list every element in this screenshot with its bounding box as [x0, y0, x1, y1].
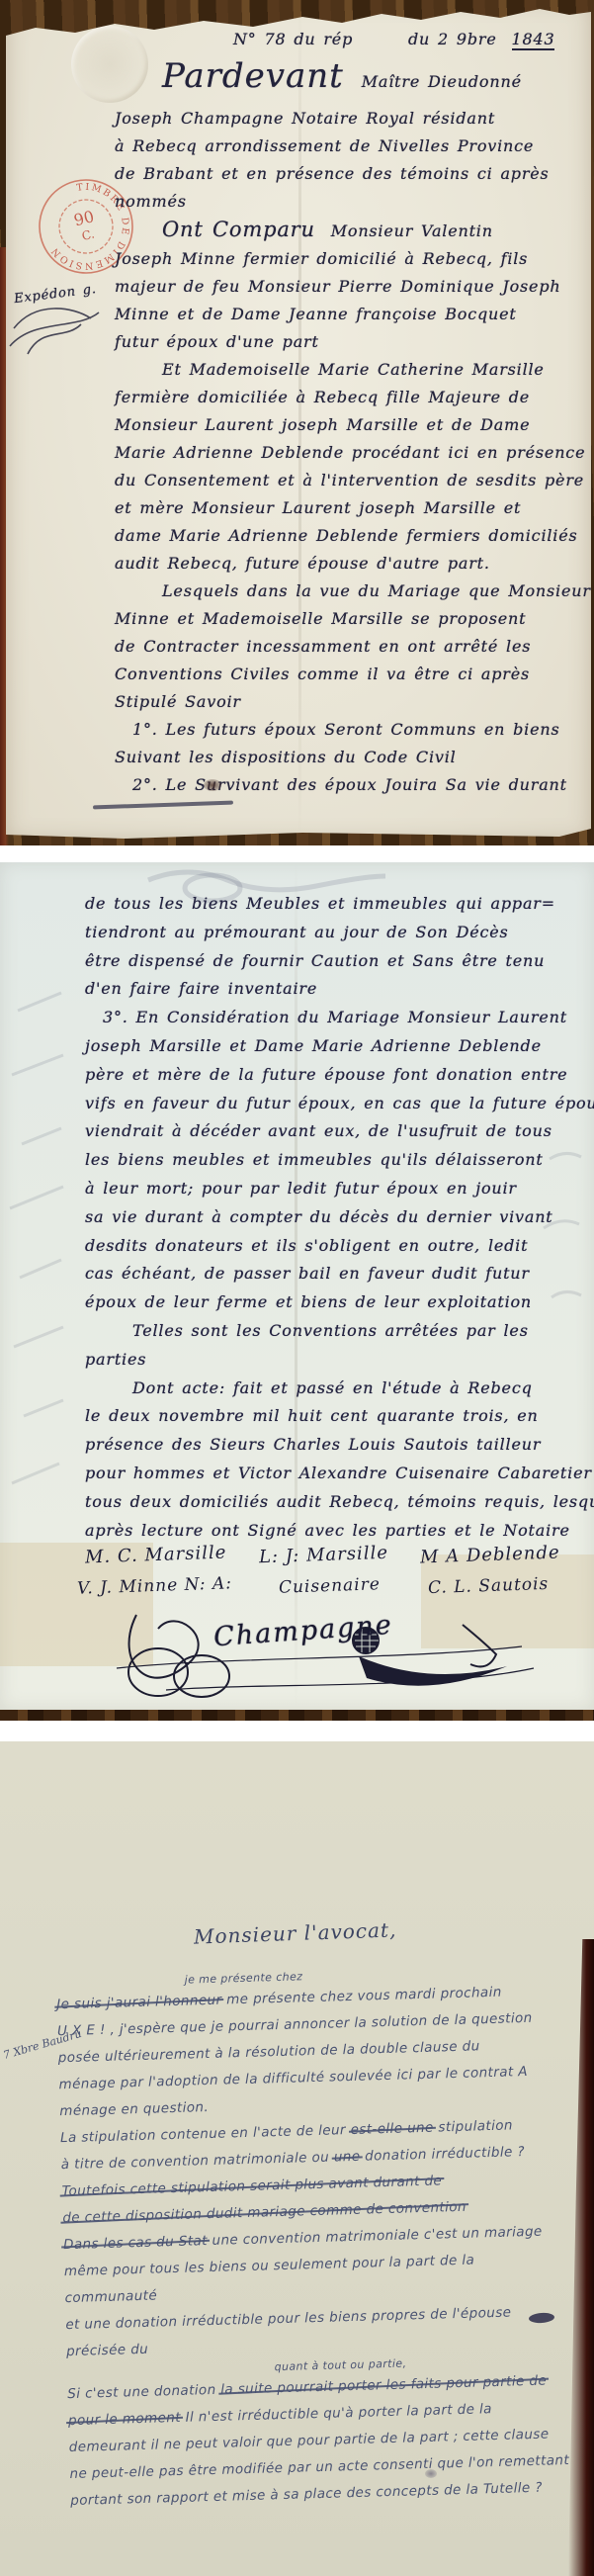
line-text: audit Rebecq, future épouse d'autre part… [115, 554, 490, 573]
struck-text: est-elle une [350, 2120, 434, 2138]
line-text: desdits donateurs et ils s'obligent en o… [85, 1236, 528, 1255]
handwritten-line: 1°. Les futurs époux Seront Communs en b… [115, 716, 589, 744]
handwritten-line: fermière domiciliée à Rebecq fille Majeu… [115, 384, 589, 411]
line-text: même pour tous les biens ou seulement po… [64, 2253, 475, 2307]
line-text: parties [85, 1350, 146, 1369]
handwritten-line: vifs en faveur du futur époux, en cas qu… [85, 1090, 590, 1118]
handwritten-line: tous deux domiciliés audit Rebecq, témoi… [85, 1488, 590, 1517]
line-lead-word: Pardevant [162, 56, 344, 96]
line-text: Lesquels dans la vue du Mariage que Mons… [162, 581, 591, 600]
handwritten-line: de Contracter incessamment en ont arrêté… [115, 633, 589, 661]
struck-text: Je suis j'aurai l'honneur [56, 1993, 222, 2013]
line-text: cas échéant, de passer bail en faveur du… [85, 1264, 530, 1283]
handwritten-line: tiendront au prémourant au jour de Son D… [85, 919, 590, 947]
line-text: dame Marie Adrienne Deblende fermiers do… [115, 526, 577, 545]
handwritten-line: à Rebecq arrondissement de Nivelles Prov… [115, 133, 589, 160]
draft-text-block: je me présente chez Je suis j'aurai l'ho… [55, 1962, 575, 2515]
line-text: tiendront au prémourant au jour de Son D… [85, 923, 509, 941]
handwritten-line: Pardevant Maître Dieudonné [115, 53, 589, 105]
ink-smudge [204, 779, 221, 791]
line-text: d'en faire faire inventaire [85, 979, 317, 998]
line-text: du Consentement et à l'intervention de s… [115, 471, 584, 489]
line-text: Si c'est une donation [67, 2382, 216, 2402]
line-text: être dispensé de fournir Caution et Sans… [85, 951, 545, 970]
line-text: à leur mort; pour par ledit futur époux … [85, 1179, 517, 1198]
margin-paraph-flourish [8, 297, 107, 358]
handwritten-line: Telles sont les Conventions arrêtées par… [85, 1317, 590, 1346]
line-text: Marie Adrienne Deblende procédant ici en… [115, 443, 585, 462]
line-text: le deux novembre mil huit cent quarante … [85, 1406, 539, 1425]
line-text: N° 78 du rép [233, 30, 353, 48]
handwritten-line: majeur de feu Monsieur Pierre Dominique … [115, 273, 589, 301]
handwritten-line: Et Mademoiselle Marie Catherine Marsille [115, 356, 589, 384]
struck-text: la suite pourrait porter les faits pour … [220, 2373, 547, 2398]
line-text: Monsieur Laurent joseph Marsille et de D… [115, 415, 530, 434]
handwritten-line: père et mère de la future épouse font do… [85, 1061, 590, 1090]
line-text: je me présente chez [184, 1970, 302, 1986]
handwritten-line: dame Marie Adrienne Deblende fermiers do… [115, 522, 589, 550]
line-text: après lecture ont Signé avec les parties… [85, 1521, 570, 1540]
line-text: de Contracter incessamment en ont arrêté… [115, 637, 531, 656]
handwritten-line: Suivant les dispositions du Code Civil [115, 744, 589, 771]
handwritten-line: après lecture ont Signé avec les parties… [85, 1517, 590, 1546]
line-text: de Brabant et en présence des témoins ci… [115, 164, 550, 183]
handwritten-line: présence des Sieurs Charles Louis Sautoi… [85, 1431, 590, 1460]
handwritten-line: 2°. Le Survivant des époux Jouira Sa vie… [115, 771, 589, 799]
underlined-text: 1843 [512, 30, 555, 50]
handwritten-line: à leur mort; pour par ledit futur époux … [85, 1175, 590, 1203]
line-text: La stipulation contenue en l'acte de leu… [60, 2122, 346, 2146]
handwritten-line: Stipulé Savoir [115, 688, 589, 716]
line-text: donation irréductible ? [365, 2144, 525, 2165]
struck-text: une [334, 2149, 361, 2166]
line-text: Maître Dieudonné [362, 72, 522, 91]
struck-text: Dans les cas du Stat [63, 2233, 208, 2253]
line-text: majeur de feu Monsieur Pierre Dominique … [115, 277, 560, 296]
deed-text-block-1: N° 78 du rép du 2 9bre 1843 Pardevant Ma… [115, 26, 589, 799]
handwritten-line: cas échéant, de passer bail en faveur du… [85, 1260, 590, 1288]
line-text: joseph Marsille et Dame Marie Adrienne D… [85, 1036, 542, 1055]
line-text: tous deux domiciliés audit Rebecq, témoi… [85, 1492, 594, 1511]
line-text: Telles sont les Conventions arrêtées par… [132, 1321, 529, 1340]
deed-paper-page-1: TIMBRE DE DIMENSION 90 C. Expédon g. N° … [6, 0, 591, 841]
wood-table-strip [0, 1710, 594, 1721]
stray-pen-stroke [93, 801, 233, 810]
scanned-documents-composite: TIMBRE DE DIMENSION 90 C. Expédon g. N° … [0, 0, 594, 2576]
handwritten-line: de tous les biens Meubles et immeubles q… [85, 890, 590, 919]
handwritten-line: les biens meubles et immeubles qu'ils dé… [85, 1146, 590, 1175]
handwritten-line: N° 78 du rép du 2 9bre 1843 [115, 26, 589, 53]
line-text: 1°. Les futurs époux Seront Communs en b… [132, 720, 559, 739]
handwritten-line: futur époux d'une part [115, 328, 589, 356]
handwritten-line: pour hommes et Victor Alexandre Cuisenai… [85, 1460, 590, 1488]
handwritten-line: Joseph Minne fermier domicilié à Rebecq,… [115, 245, 589, 273]
handwritten-line: Monsieur Laurent joseph Marsille et de D… [115, 411, 589, 439]
party-signature: C. L. Sautois [427, 1574, 549, 1598]
line-text: pour hommes et Victor Alexandre Cuisenai… [85, 1464, 592, 1482]
handwritten-line: le deux novembre mil huit cent quarante … [85, 1402, 590, 1431]
handwritten-line: nommés [115, 188, 589, 216]
handwritten-line: Minne et de Dame Jeanne françoise Bocque… [115, 301, 589, 328]
line-lead-word: Ont Comparu [162, 218, 315, 241]
line-text: Stipulé Savoir [115, 692, 241, 711]
handwritten-line: audit Rebecq, future épouse d'autre part… [115, 550, 589, 577]
deed-paper-page-2: de tous les biens Meubles et immeubles q… [0, 862, 594, 1710]
line-text: fermière domiciliée à Rebecq fille Majeu… [115, 388, 530, 406]
letter-salutation: Monsieur l'avocat, [194, 1917, 397, 1948]
handwritten-line: Ont Comparu Monsieur Valentin [115, 216, 589, 245]
line-text: de tous les biens Meubles et immeubles q… [85, 894, 555, 913]
photo-deed-page-2: de tous les biens Meubles et immeubles q… [0, 862, 594, 1721]
line-text: Suivant les dispositions du Code Civil [115, 748, 457, 766]
party-signature: Cuisenaire [279, 1574, 382, 1598]
handwritten-line: joseph Marsille et Dame Marie Adrienne D… [85, 1032, 590, 1061]
line-text: sa vie durant à compter du décès du dern… [85, 1207, 553, 1226]
line-text: présence des Sieurs Charles Louis Sautoi… [85, 1435, 541, 1454]
handwritten-line: Conventions Civiles comme il va être ci … [115, 661, 589, 688]
line-text: 2°. Le Survivant des époux Jouira Sa vie… [132, 775, 567, 794]
line-text: Minne et de Dame Jeanne françoise Bocque… [115, 305, 517, 323]
line-text: Joseph Minne fermier domicilié à Rebecq,… [115, 249, 528, 268]
party-signature: M A Deblende [420, 1543, 560, 1568]
handwritten-line: viendrait à décéder avant eux, de l'usuf… [85, 1117, 590, 1146]
party-signature: V. J. Minne N: A: [77, 1573, 233, 1598]
handwritten-line: 3°. En Considération du Mariage Monsieur… [85, 1004, 590, 1032]
line-text: viendrait à décéder avant eux, de l'usuf… [85, 1121, 552, 1140]
handwritten-line: desdits donateurs et ils s'obligent en o… [85, 1232, 590, 1261]
line-text: précisée du [66, 2342, 148, 2359]
signatures-row-2: V. J. Minne N: A:CuisenaireC. L. Sautois [77, 1576, 549, 1596]
handwritten-line: parties [85, 1346, 590, 1375]
handwritten-line: du Consentement et à l'intervention de s… [115, 467, 589, 494]
line-text: nommés [115, 192, 187, 211]
line-text: Il n'est irréductible qu'à porter la par… [185, 2401, 492, 2426]
line-text: les biens meubles et immeubles qu'ils dé… [85, 1150, 544, 1169]
handwritten-line: de Brabant et en présence des témoins ci… [115, 160, 589, 188]
handwritten-line: époux de leur ferme et biens de leur exp… [85, 1288, 590, 1317]
line-text: Minne et Mademoiselle Marsille se propos… [115, 609, 526, 628]
struck-text: pour le moment [68, 2410, 181, 2429]
line-text: futur époux d'une part [115, 332, 319, 351]
line-text: une convention matrimoniale c'est un mar… [212, 2224, 543, 2249]
line-text: Joseph Champagne Notaire Royal résidant [115, 109, 495, 128]
line-text: vifs en faveur du futur époux, en cas qu… [85, 1094, 594, 1112]
handwritten-line: sa vie durant à compter du décès du dern… [85, 1203, 590, 1232]
line-text: stipulation [438, 2117, 513, 2135]
line-text: ménage en question. [59, 2099, 209, 2119]
line-text: du 2 9bre [408, 30, 497, 48]
signatures-row-1: M. C. MarsilleL: J: MarsilleM A Deblende [85, 1545, 560, 1565]
party-signature: M. C. Marsille [85, 1543, 227, 1568]
line-text: père et mère de la future épouse font do… [85, 1065, 567, 1084]
line-text: Conventions Civiles comme il va être ci … [115, 665, 530, 683]
handwritten-line: et mère Monsieur Laurent joseph Marsille… [115, 494, 589, 522]
handwritten-line: d'en faire faire inventaire [85, 975, 590, 1004]
line-text: me présente chez vous mardi prochain [226, 1985, 502, 2008]
stamp-unit: C. [80, 226, 96, 243]
handwritten-line: Dont acte: fait et passé en l'étude à Re… [85, 1375, 590, 1403]
handwritten-line: Lesquels dans la vue du Mariage que Mons… [115, 577, 589, 605]
line-text: quant à tout ou partie, [274, 2356, 406, 2373]
party-signature: L: J: Marsille [259, 1543, 389, 1568]
handwritten-line: Marie Adrienne Deblende procédant ici en… [115, 439, 589, 467]
handwritten-line: Minne et Mademoiselle Marsille se propos… [115, 605, 589, 633]
line-text: Et Mademoiselle Marie Catherine Marsille [162, 360, 545, 379]
ink-smudge [425, 2469, 437, 2478]
photo-deed-page-1: TIMBRE DE DIMENSION 90 C. Expédon g. N° … [0, 0, 594, 845]
handwritten-line: être dispensé de fournir Caution et Sans… [85, 947, 590, 976]
line-text: à titre de convention matrimoniale ou [61, 2150, 330, 2174]
line-text: à Rebecq arrondissement de Nivelles Prov… [115, 136, 534, 155]
line-text: Dont acte: fait et passé en l'étude à Re… [132, 1378, 533, 1397]
handwritten-line: Joseph Champagne Notaire Royal résidant [115, 105, 589, 133]
line-text: Monsieur Valentin [331, 222, 493, 240]
line-text: et mère Monsieur Laurent joseph Marsille… [115, 498, 521, 517]
deed-text-block-2: de tous les biens Meubles et immeubles q… [85, 890, 590, 1545]
photo-draft-letter: Monsieur l'avocat, 7 Xbre Baudru je me p… [0, 1741, 594, 2576]
line-text: 3°. En Considération du Mariage Monsieur… [103, 1008, 567, 1026]
line-text: époux de leur ferme et biens de leur exp… [85, 1292, 532, 1311]
